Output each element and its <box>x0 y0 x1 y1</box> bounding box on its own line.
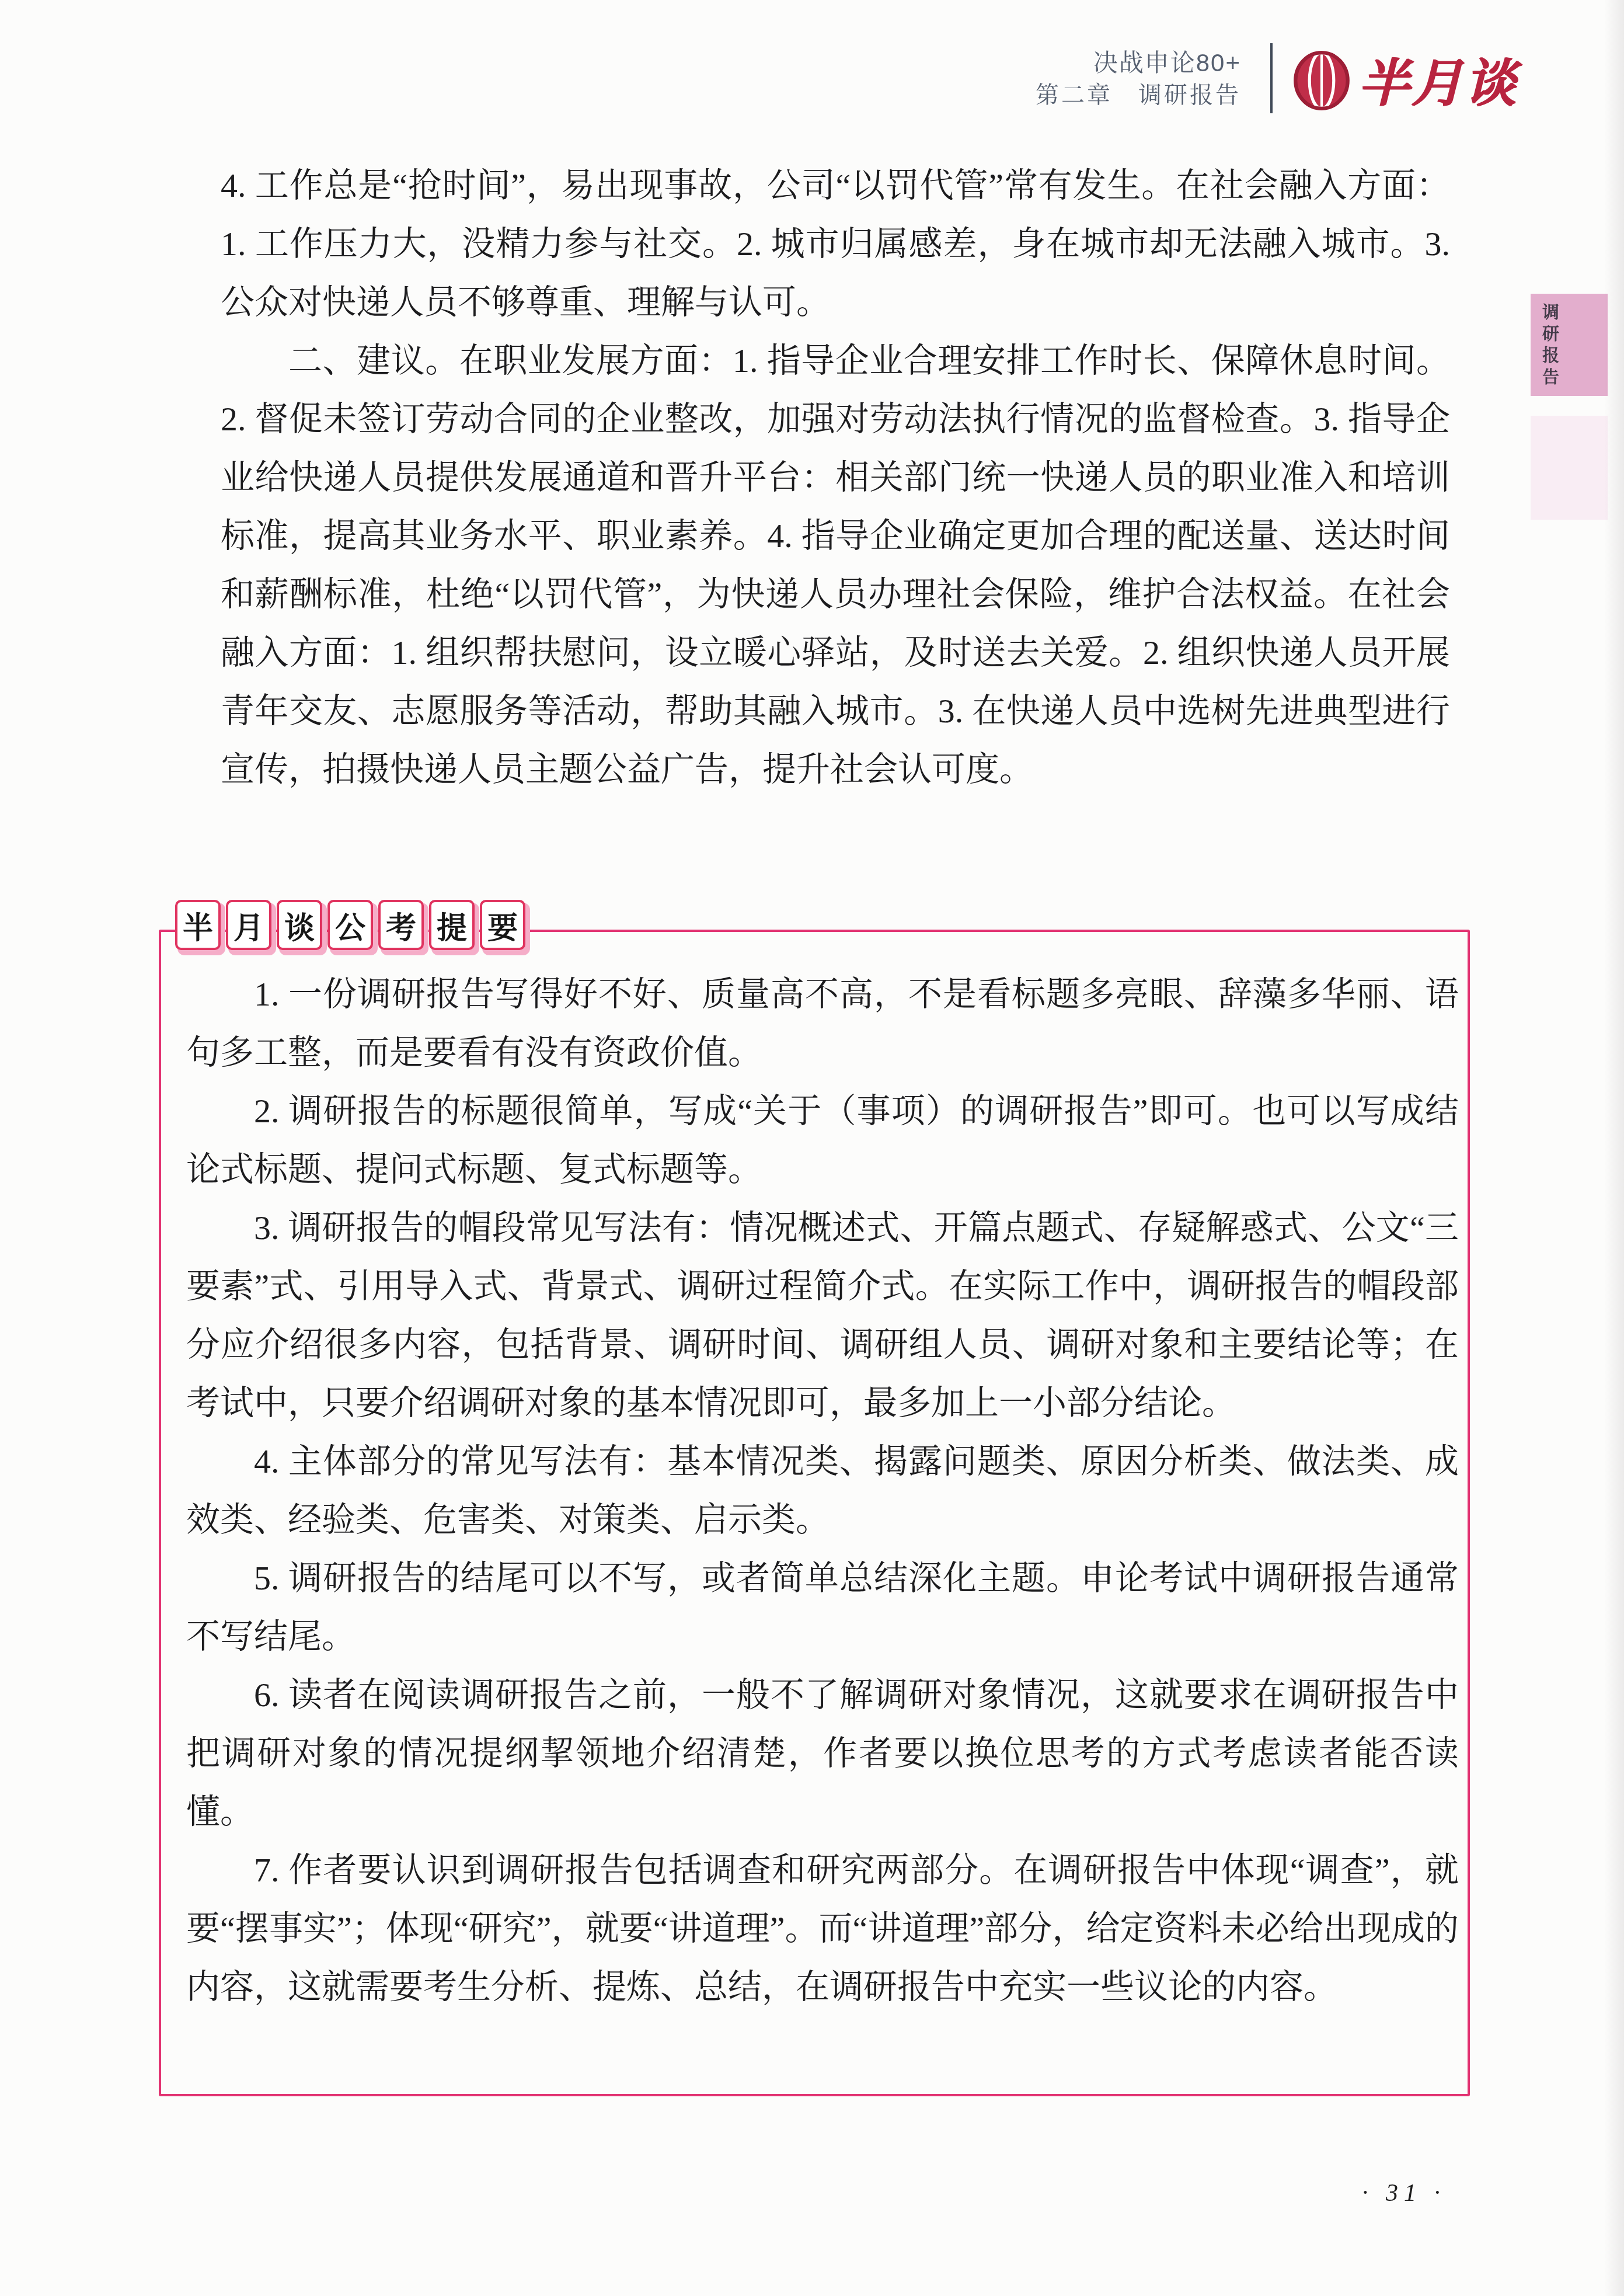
page-number: · 31 · <box>1316 2179 1491 2207</box>
callout-item-2: 2. 调研报告的标题很简单，写成“关于（事项）的调研报告”即可。也可以写成结论式… <box>186 1082 1459 1199</box>
callout-header-char: 半 <box>175 900 221 950</box>
chapter-title: 第二章 调研报告 <box>817 81 1241 110</box>
paragraph-findings-continued: 4. 工作总是“抢时间”，易出现事故，公司“以罚代管”常有发生。在社会融入方面：… <box>221 156 1450 332</box>
callout-header-char: 要 <box>480 900 525 950</box>
brand-name: 半月谈 <box>1358 43 1517 116</box>
header-divider <box>1270 43 1273 113</box>
callout-body: 1. 一份调研报告写得好不好、质量高不高，不是看标题多亮眼、辞藻多华丽、语句多工… <box>186 965 1459 2016</box>
edition-title: 决战申论80+ <box>817 48 1241 78</box>
globe-icon <box>1291 48 1352 111</box>
callout-header-char: 月 <box>226 900 271 950</box>
paragraph-suggestions: 二、建议。在职业发展方面：1. 指导企业合理安排工作时长、保障休息时间。2. 督… <box>221 332 1450 799</box>
callout-item-1: 1. 一份调研报告写得好不好、质量高不高，不是看标题多亮眼、辞藻多华丽、语句多工… <box>186 965 1459 1082</box>
page: 决战申论80+ 第二章 调研报告 半月谈 调研报告 4. 工作总是“抢时间”，易… <box>0 0 1624 2296</box>
callout-item-6: 6. 读者在阅读调研报告之前，一般不了解调研对象情况，这就要求在调研报告中把调研… <box>186 1666 1459 1841</box>
side-tab-current-chapter: 调研报告 <box>1531 294 1608 396</box>
callout-item-7: 7. 作者要认识到调研报告包括调查和研究两部分。在调研报告中体现“调查”，就要“… <box>186 1841 1459 2016</box>
callout-header-char: 考 <box>378 900 424 950</box>
page-header: 决战申论80+ 第二章 调研报告 <box>817 48 1241 110</box>
callout-item-5: 5. 调研报告的结尾可以不写，或者简单总结深化主题。申论考试中调研报告通常不写结… <box>186 1549 1459 1666</box>
callout-header-char: 提 <box>429 900 475 950</box>
side-tab-ghost <box>1531 416 1608 520</box>
callout-header-char: 谈 <box>277 900 322 950</box>
side-tab-label: 调研报告 <box>1538 303 1562 389</box>
body-text: 4. 工作总是“抢时间”，易出现事故，公司“以罚代管”常有发生。在社会融入方面：… <box>221 156 1450 799</box>
callout-item-4: 4. 主体部分的常见写法有：基本情况类、揭露问题类、原因分析类、做法类、成效类、… <box>186 1432 1459 1549</box>
brand-logo: 半月谈 <box>1291 46 1517 113</box>
callout-item-3: 3. 调研报告的帽段常见写法有：情况概述式、开篇点题式、存疑解惑式、公文“三要素… <box>186 1199 1459 1432</box>
callout-header: 半 月 谈 公 考 提 要 <box>175 900 525 950</box>
callout-header-char: 公 <box>327 900 373 950</box>
